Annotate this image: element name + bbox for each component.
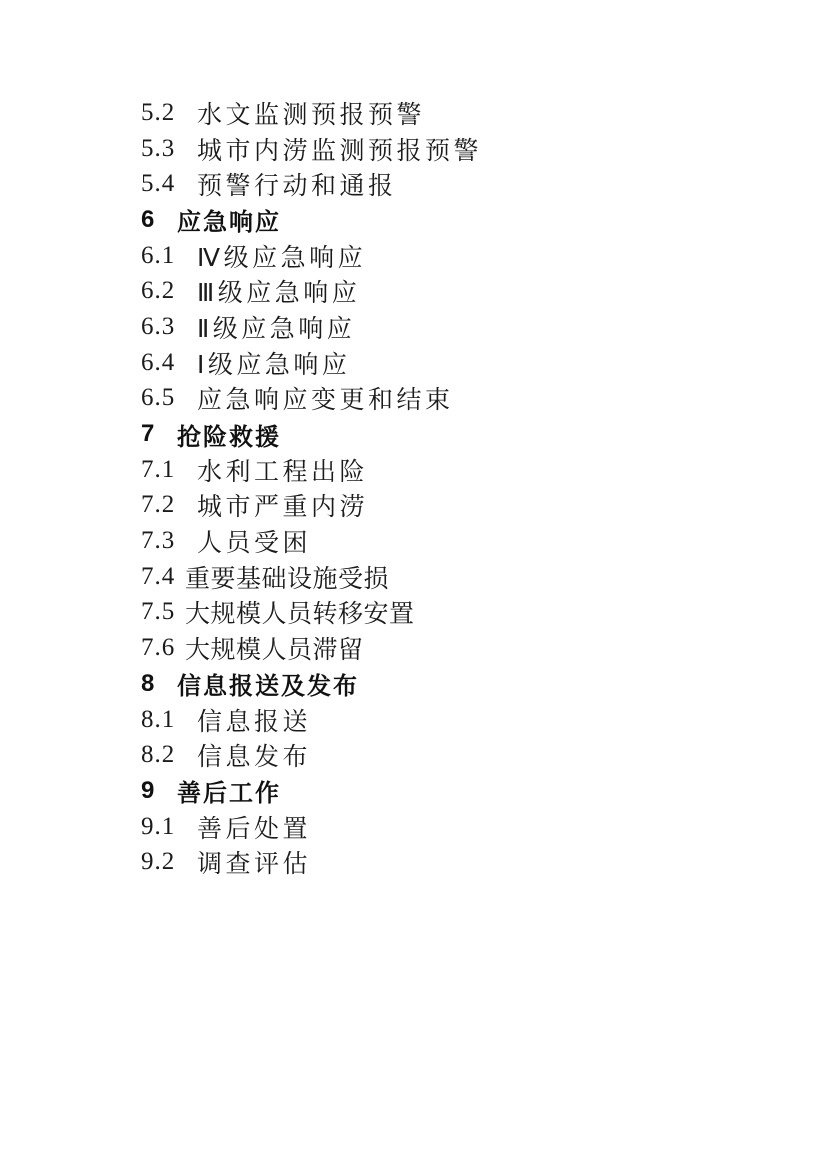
toc-entry-title: Ⅲ级应急响应 (197, 273, 360, 309)
toc-entry-title: 人员受困 (197, 523, 311, 559)
table-of-contents: 5.2 水文监测预报预警 5.3 城市内涝监测预报预警 5.4 预警行动和通报 … (141, 95, 482, 880)
toc-entry: 6.1 Ⅳ级应急响应 (141, 238, 482, 274)
toc-entry-number: 7.5 (141, 598, 185, 626)
toc-entry-number: 6.3 (141, 313, 197, 341)
document-page: 5.2 水文监测预报预警 5.3 城市内涝监测预报预警 5.4 预警行动和通报 … (0, 0, 826, 1169)
toc-entry-number: 9 (141, 777, 177, 805)
toc-entry-title: Ⅳ级应急响应 (197, 238, 366, 274)
toc-entry-title: Ⅰ级应急响应 (197, 345, 350, 381)
toc-entry-title: 应急响应 (177, 202, 281, 237)
toc-entry: 8.2 信息发布 (141, 737, 482, 773)
toc-entry-title: 信息报送 (197, 702, 311, 738)
toc-entry-number: 6.1 (141, 242, 197, 270)
toc-entry: 9.1 善后处置 (141, 809, 482, 845)
toc-entry-number: 5.2 (141, 99, 197, 127)
toc-entry: 5.3 城市内涝监测预报预警 (141, 131, 482, 167)
toc-entry-number: 7 (141, 420, 177, 448)
toc-entry: 6.3 Ⅱ级应急响应 (141, 309, 482, 345)
toc-entry: 7.4 重要基础设施受损 (141, 559, 482, 595)
toc-entry: 7.1 水利工程出险 (141, 452, 482, 488)
toc-entry-number: 6.4 (141, 349, 197, 377)
toc-entry-number: 7.1 (141, 456, 197, 484)
toc-entry-title: 重要基础设施受损 (185, 559, 389, 595)
toc-section-heading: 7 抢险救援 (141, 416, 482, 452)
toc-entry: 7.3 人员受困 (141, 523, 482, 559)
toc-entry: 5.2 水文监测预报预警 (141, 95, 482, 131)
toc-section-heading: 8 信息报送及发布 (141, 666, 482, 702)
toc-entry-title: 调查评估 (197, 844, 311, 880)
toc-entry-title: 善后处置 (197, 809, 311, 845)
toc-entry: 7.5 大规模人员转移安置 (141, 595, 482, 631)
toc-section-heading: 6 应急响应 (141, 202, 482, 238)
toc-entry-number: 6 (141, 206, 177, 234)
toc-entry-title: 应急响应变更和结束 (197, 380, 454, 416)
toc-entry-number: 9.1 (141, 813, 197, 841)
toc-entry-number: 7.4 (141, 563, 185, 591)
toc-entry-number: 6.2 (141, 277, 197, 305)
toc-entry-number: 6.5 (141, 384, 197, 412)
toc-entry: 7.6 大规模人员滞留 (141, 630, 482, 666)
toc-entry-number: 7.2 (141, 491, 197, 519)
toc-entry-number: 5.4 (141, 170, 197, 198)
toc-entry-title: 信息发布 (197, 737, 311, 773)
toc-entry: 7.2 城市严重内涝 (141, 488, 482, 524)
toc-entry: 9.2 调查评估 (141, 844, 482, 880)
toc-entry-number: 7.6 (141, 634, 185, 662)
toc-entry: 8.1 信息报送 (141, 702, 482, 738)
toc-entry-number: 7.3 (141, 527, 197, 555)
toc-entry-title: 信息报送及发布 (177, 666, 359, 701)
toc-entry-title: 水利工程出险 (197, 452, 368, 488)
toc-entry-title: 预警行动和通报 (197, 166, 397, 202)
toc-entry-title: 大规模人员滞留 (185, 630, 364, 666)
toc-entry: 5.4 预警行动和通报 (141, 166, 482, 202)
toc-entry-number: 8.2 (141, 741, 197, 769)
toc-section-heading: 9 善后工作 (141, 773, 482, 809)
toc-entry-number: 8.1 (141, 706, 197, 734)
toc-entry-title: 善后工作 (177, 773, 281, 808)
toc-entry-number: 8 (141, 670, 177, 698)
toc-entry-number: 5.3 (141, 135, 197, 163)
toc-entry: 6.2 Ⅲ级应急响应 (141, 273, 482, 309)
toc-entry: 6.5 应急响应变更和结束 (141, 381, 482, 417)
toc-entry-title: 抢险救援 (177, 417, 281, 452)
toc-entry-title: 水文监测预报预警 (197, 95, 425, 131)
toc-entry: 6.4 Ⅰ级应急响应 (141, 345, 482, 381)
toc-entry-title: 城市内涝监测预报预警 (197, 131, 482, 167)
toc-entry-number: 9.2 (141, 848, 197, 876)
toc-entry-title: 大规模人员转移安置 (185, 594, 415, 630)
toc-entry-title: 城市严重内涝 (197, 487, 368, 523)
toc-entry-title: Ⅱ级应急响应 (197, 309, 355, 345)
